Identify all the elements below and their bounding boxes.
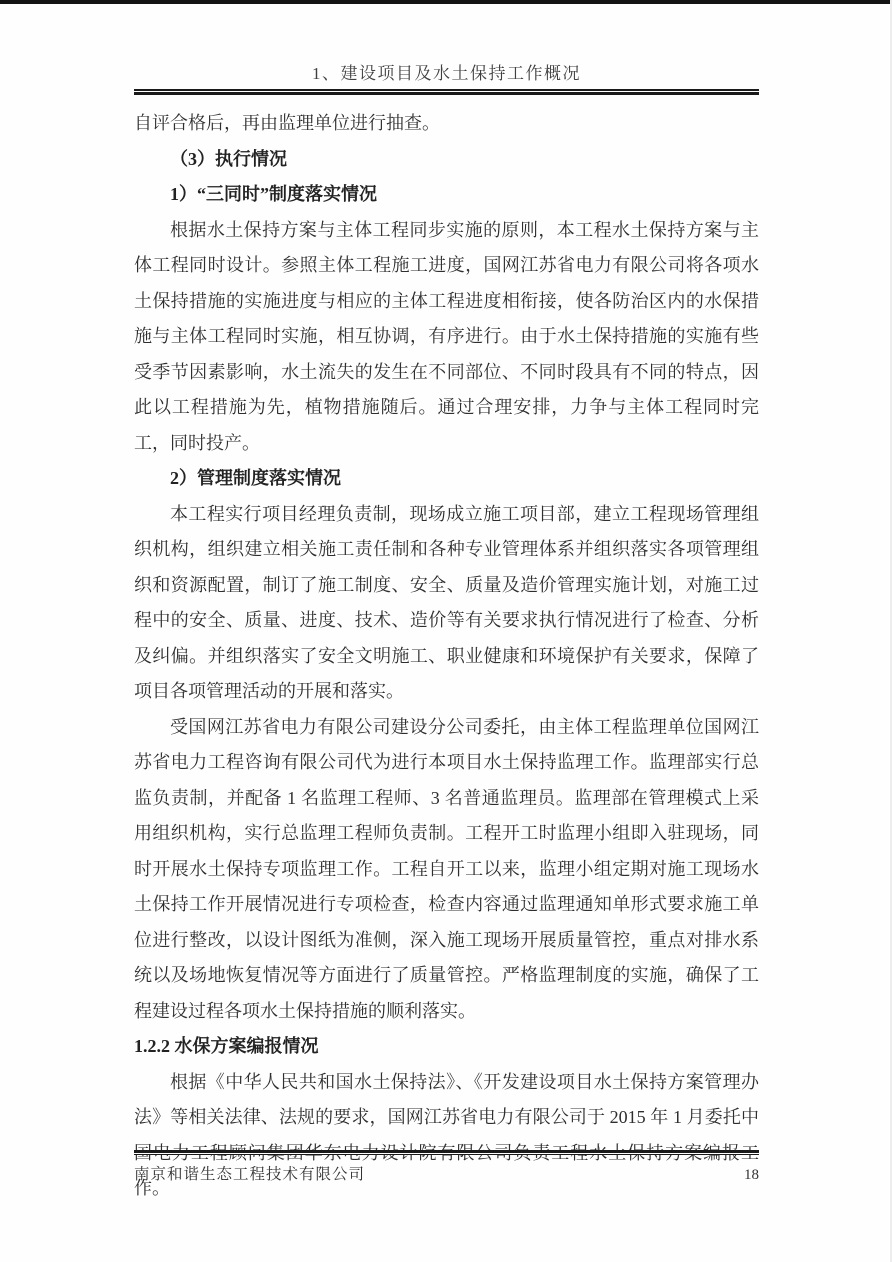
footer-rule: [134, 1150, 759, 1155]
section-heading-1-2-2: 1.2.2 水保方案编报情况: [134, 1029, 759, 1065]
paragraph-simultaneous-implementation: 根据水土保持方案与主体工程同步实施的原则，本工程水土保持方案与主体工程同时设计。…: [134, 213, 759, 462]
subheading-management-system: 2）管理制度落实情况: [134, 461, 759, 497]
page-header-title: 1、建设项目及水土保持工作概况: [134, 62, 759, 86]
document-body: 自评合格后，再由监理单位进行抽查。 （3）执行情况 1）“三同时”制度落实情况 …: [134, 106, 759, 1207]
footer-row: 南京和谐生态工程技术有限公司 18: [134, 1162, 759, 1184]
paragraph-project-manager-responsibility: 本工程实行项目经理负责制，现场成立施工项目部，建立工程现场管理组织机构，组织建立…: [134, 497, 759, 710]
page-content: 1、建设项目及水土保持工作概况 自评合格后，再由监理单位进行抽查。 （3）执行情…: [134, 62, 759, 1207]
header-rule: [134, 89, 759, 95]
paragraph-supervision-work: 受国网江苏省电力有限公司建设分公司委托，由主体工程监理单位国网江苏省电力工程咨询…: [134, 710, 759, 1030]
footer-company-name: 南京和谐生态工程技术有限公司: [134, 1162, 365, 1184]
scanned-document-page: 1、建设项目及水土保持工作概况 自评合格后，再由监理单位进行抽查。 （3）执行情…: [0, 0, 892, 1262]
subheading-execution-status: （3）执行情况: [134, 142, 759, 178]
paragraph-plan-compilation: 根据《中华人民共和国水土保持法》、《开发建设项目水土保持方案管理办法》等相关法律…: [134, 1065, 759, 1207]
scan-artifact-top-bar: [0, 0, 892, 4]
page-footer: 南京和谐生态工程技术有限公司 18: [134, 1150, 759, 1184]
footer-page-number: 18: [744, 1167, 759, 1184]
subheading-three-simultaneous-system: 1）“三同时”制度落实情况: [134, 177, 759, 213]
paragraph-continuation: 自评合格后，再由监理单位进行抽查。: [134, 106, 759, 142]
